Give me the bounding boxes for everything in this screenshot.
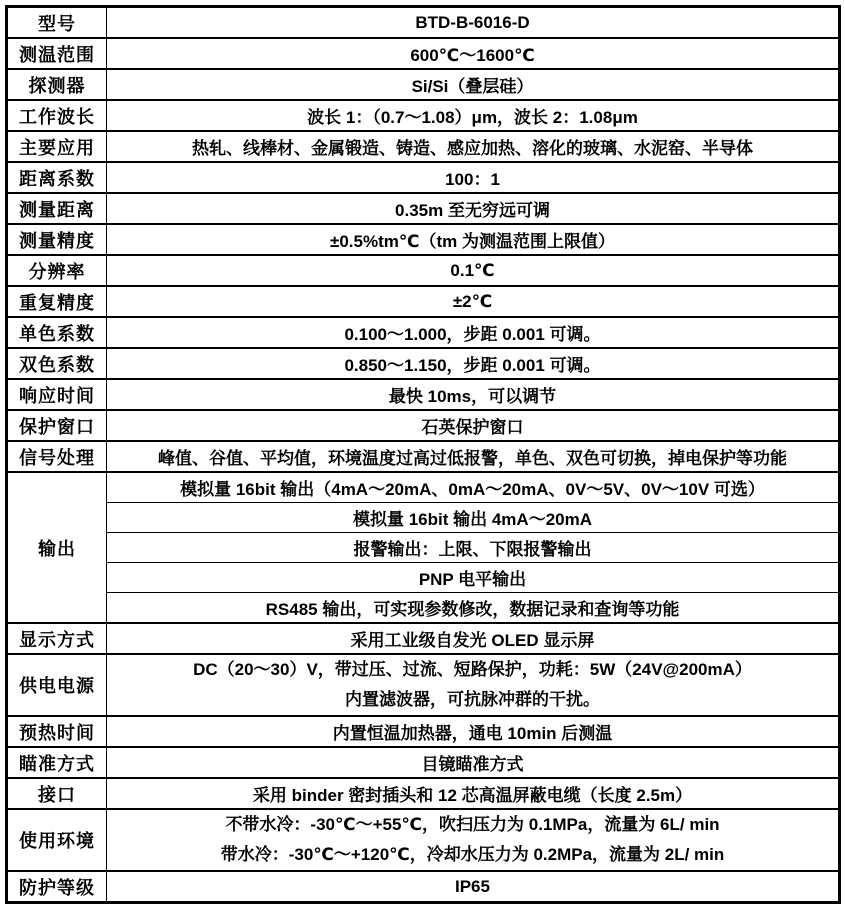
spec-row: 显示方式采用工业级自发光 OLED 显示屏 — [7, 623, 840, 654]
spec-value: BTD-B-6016-D — [107, 7, 840, 39]
spec-label: 测量距离 — [7, 193, 107, 224]
spec-row: 型号BTD-B-6016-D — [7, 7, 840, 39]
spec-row: 供电电源DC（20～30）V，带过压、过流、短路保护，功耗：5W（24V@200… — [7, 654, 840, 716]
spec-value: 不带水冷：-30℃～+55℃，吹扫压力为 0.1MPa，流量为 6L/ min带… — [107, 809, 840, 871]
spec-row: 探测器Si/Si（叠层硅） — [7, 69, 840, 100]
spec-row: 测量精度±0.5%tm℃（tm 为测温范围上限值） — [7, 224, 840, 255]
spec-row: 预热时间内置恒温加热器，通电 10min 后测温 — [7, 716, 840, 747]
spec-label: 型号 — [7, 7, 107, 39]
spec-value: 600℃～1600℃ — [107, 38, 840, 69]
spec-label: 测温范围 — [7, 38, 107, 69]
spec-label: 接口 — [7, 778, 107, 809]
spec-value: 波长 1：（0.7～1.08）μm，波长 2：1.08μm — [107, 100, 840, 131]
spec-value: 峰值、谷值、平均值，环境温度过高过低报警，单色、双色可切换，掉电保护等功能 — [107, 441, 840, 472]
spec-sheet: 型号BTD-B-6016-D测温范围600℃～1600℃探测器Si/Si（叠层硅… — [5, 5, 841, 904]
spec-value: 0.35m 至无穷远可调 — [107, 193, 840, 224]
spec-value: 石英保护窗口 — [107, 410, 840, 441]
spec-label: 防护等级 — [7, 871, 107, 903]
spec-label: 重复精度 — [7, 286, 107, 317]
spec-table: 型号BTD-B-6016-D测温范围600℃～1600℃探测器Si/Si（叠层硅… — [5, 5, 841, 904]
spec-value-line: 不带水冷：-30℃～+55℃，吹扫压力为 0.1MPa，流量为 6L/ min — [113, 810, 832, 840]
spec-table-body: 型号BTD-B-6016-D测温范围600℃～1600℃探测器Si/Si（叠层硅… — [7, 7, 840, 903]
spec-value: 0.850～1.150，步距 0.001 可调。 — [107, 348, 840, 379]
spec-value-line: 内置滤波器，可抗脉冲群的干扰。 — [113, 685, 832, 715]
spec-value: 模拟量 16bit 输出（4mA～20mA、0mA～20mA、0V～5V、0V～… — [107, 472, 840, 503]
spec-value: DC（20～30）V，带过压、过流、短路保护，功耗：5W（24V@200mA）内… — [107, 654, 840, 716]
spec-label: 显示方式 — [7, 623, 107, 654]
spec-value: 报警输出：上限、下限报警输出 — [107, 533, 840, 563]
spec-label: 预热时间 — [7, 716, 107, 747]
spec-label: 使用环境 — [7, 809, 107, 871]
spec-label: 工作波长 — [7, 100, 107, 131]
spec-label: 保护窗口 — [7, 410, 107, 441]
spec-row: 输出模拟量 16bit 输出（4mA～20mA、0mA～20mA、0V～5V、0… — [7, 472, 840, 503]
spec-label: 主要应用 — [7, 131, 107, 162]
spec-value: 0.1℃ — [107, 255, 840, 286]
spec-label: 供电电源 — [7, 654, 107, 716]
spec-value: 采用工业级自发光 OLED 显示屏 — [107, 623, 840, 654]
spec-row: 主要应用热轧、线棒材、金属锻造、铸造、感应加热、溶化的玻璃、水泥窑、半导体 — [7, 131, 840, 162]
spec-value: Si/Si（叠层硅） — [107, 69, 840, 100]
spec-value: 内置恒温加热器，通电 10min 后测温 — [107, 716, 840, 747]
spec-value-line: DC（20～30）V，带过压、过流、短路保护，功耗：5W（24V@200mA） — [113, 655, 832, 685]
spec-value: ±2℃ — [107, 286, 840, 317]
spec-label: 响应时间 — [7, 379, 107, 410]
spec-label: 探测器 — [7, 69, 107, 100]
spec-row: 模拟量 16bit 输出 4mA～20mA — [7, 503, 840, 533]
spec-value: PNP 电平输出 — [107, 563, 840, 593]
spec-row: 报警输出：上限、下限报警输出 — [7, 533, 840, 563]
spec-row: 使用环境不带水冷：-30℃～+55℃，吹扫压力为 0.1MPa，流量为 6L/ … — [7, 809, 840, 871]
spec-row: PNP 电平输出 — [7, 563, 840, 593]
spec-value: ±0.5%tm℃（tm 为测温范围上限值） — [107, 224, 840, 255]
spec-value: 采用 binder 密封插头和 12 芯高温屏蔽电缆（长度 2.5m） — [107, 778, 840, 809]
spec-value: 热轧、线棒材、金属锻造、铸造、感应加热、溶化的玻璃、水泥窑、半导体 — [107, 131, 840, 162]
spec-row: 双色系数0.850～1.150，步距 0.001 可调。 — [7, 348, 840, 379]
spec-label: 单色系数 — [7, 317, 107, 348]
spec-value: IP65 — [107, 871, 840, 903]
spec-row: 信号处理峰值、谷值、平均值，环境温度过高过低报警，单色、双色可切换，掉电保护等功… — [7, 441, 840, 472]
spec-label: 输出 — [7, 472, 107, 623]
spec-row: 距离系数100：1 — [7, 162, 840, 193]
spec-row: 重复精度±2℃ — [7, 286, 840, 317]
spec-label: 信号处理 — [7, 441, 107, 472]
spec-label: 距离系数 — [7, 162, 107, 193]
spec-row: 响应时间最快 10ms，可以调节 — [7, 379, 840, 410]
spec-value: 最快 10ms，可以调节 — [107, 379, 840, 410]
spec-value: RS485 输出，可实现参数修改，数据记录和查询等功能 — [107, 593, 840, 624]
spec-label: 双色系数 — [7, 348, 107, 379]
spec-row: 分辨率0.1℃ — [7, 255, 840, 286]
spec-row: 防护等级IP65 — [7, 871, 840, 903]
spec-row: 测量距离0.35m 至无穷远可调 — [7, 193, 840, 224]
spec-value: 0.100～1.000，步距 0.001 可调。 — [107, 317, 840, 348]
spec-row: 瞄准方式目镜瞄准方式 — [7, 747, 840, 778]
spec-row: 单色系数0.100～1.000，步距 0.001 可调。 — [7, 317, 840, 348]
spec-row: 工作波长波长 1：（0.7～1.08）μm，波长 2：1.08μm — [7, 100, 840, 131]
spec-value: 模拟量 16bit 输出 4mA～20mA — [107, 503, 840, 533]
spec-label: 测量精度 — [7, 224, 107, 255]
spec-value: 目镜瞄准方式 — [107, 747, 840, 778]
spec-label: 瞄准方式 — [7, 747, 107, 778]
spec-label: 分辨率 — [7, 255, 107, 286]
spec-value: 100：1 — [107, 162, 840, 193]
spec-row: 接口采用 binder 密封插头和 12 芯高温屏蔽电缆（长度 2.5m） — [7, 778, 840, 809]
spec-row: 测温范围600℃～1600℃ — [7, 38, 840, 69]
spec-row: 保护窗口石英保护窗口 — [7, 410, 840, 441]
spec-row: RS485 输出，可实现参数修改，数据记录和查询等功能 — [7, 593, 840, 624]
spec-value-line: 带水冷：-30℃～+120℃，冷却水压力为 0.2MPa，流量为 2L/ min — [113, 840, 832, 870]
